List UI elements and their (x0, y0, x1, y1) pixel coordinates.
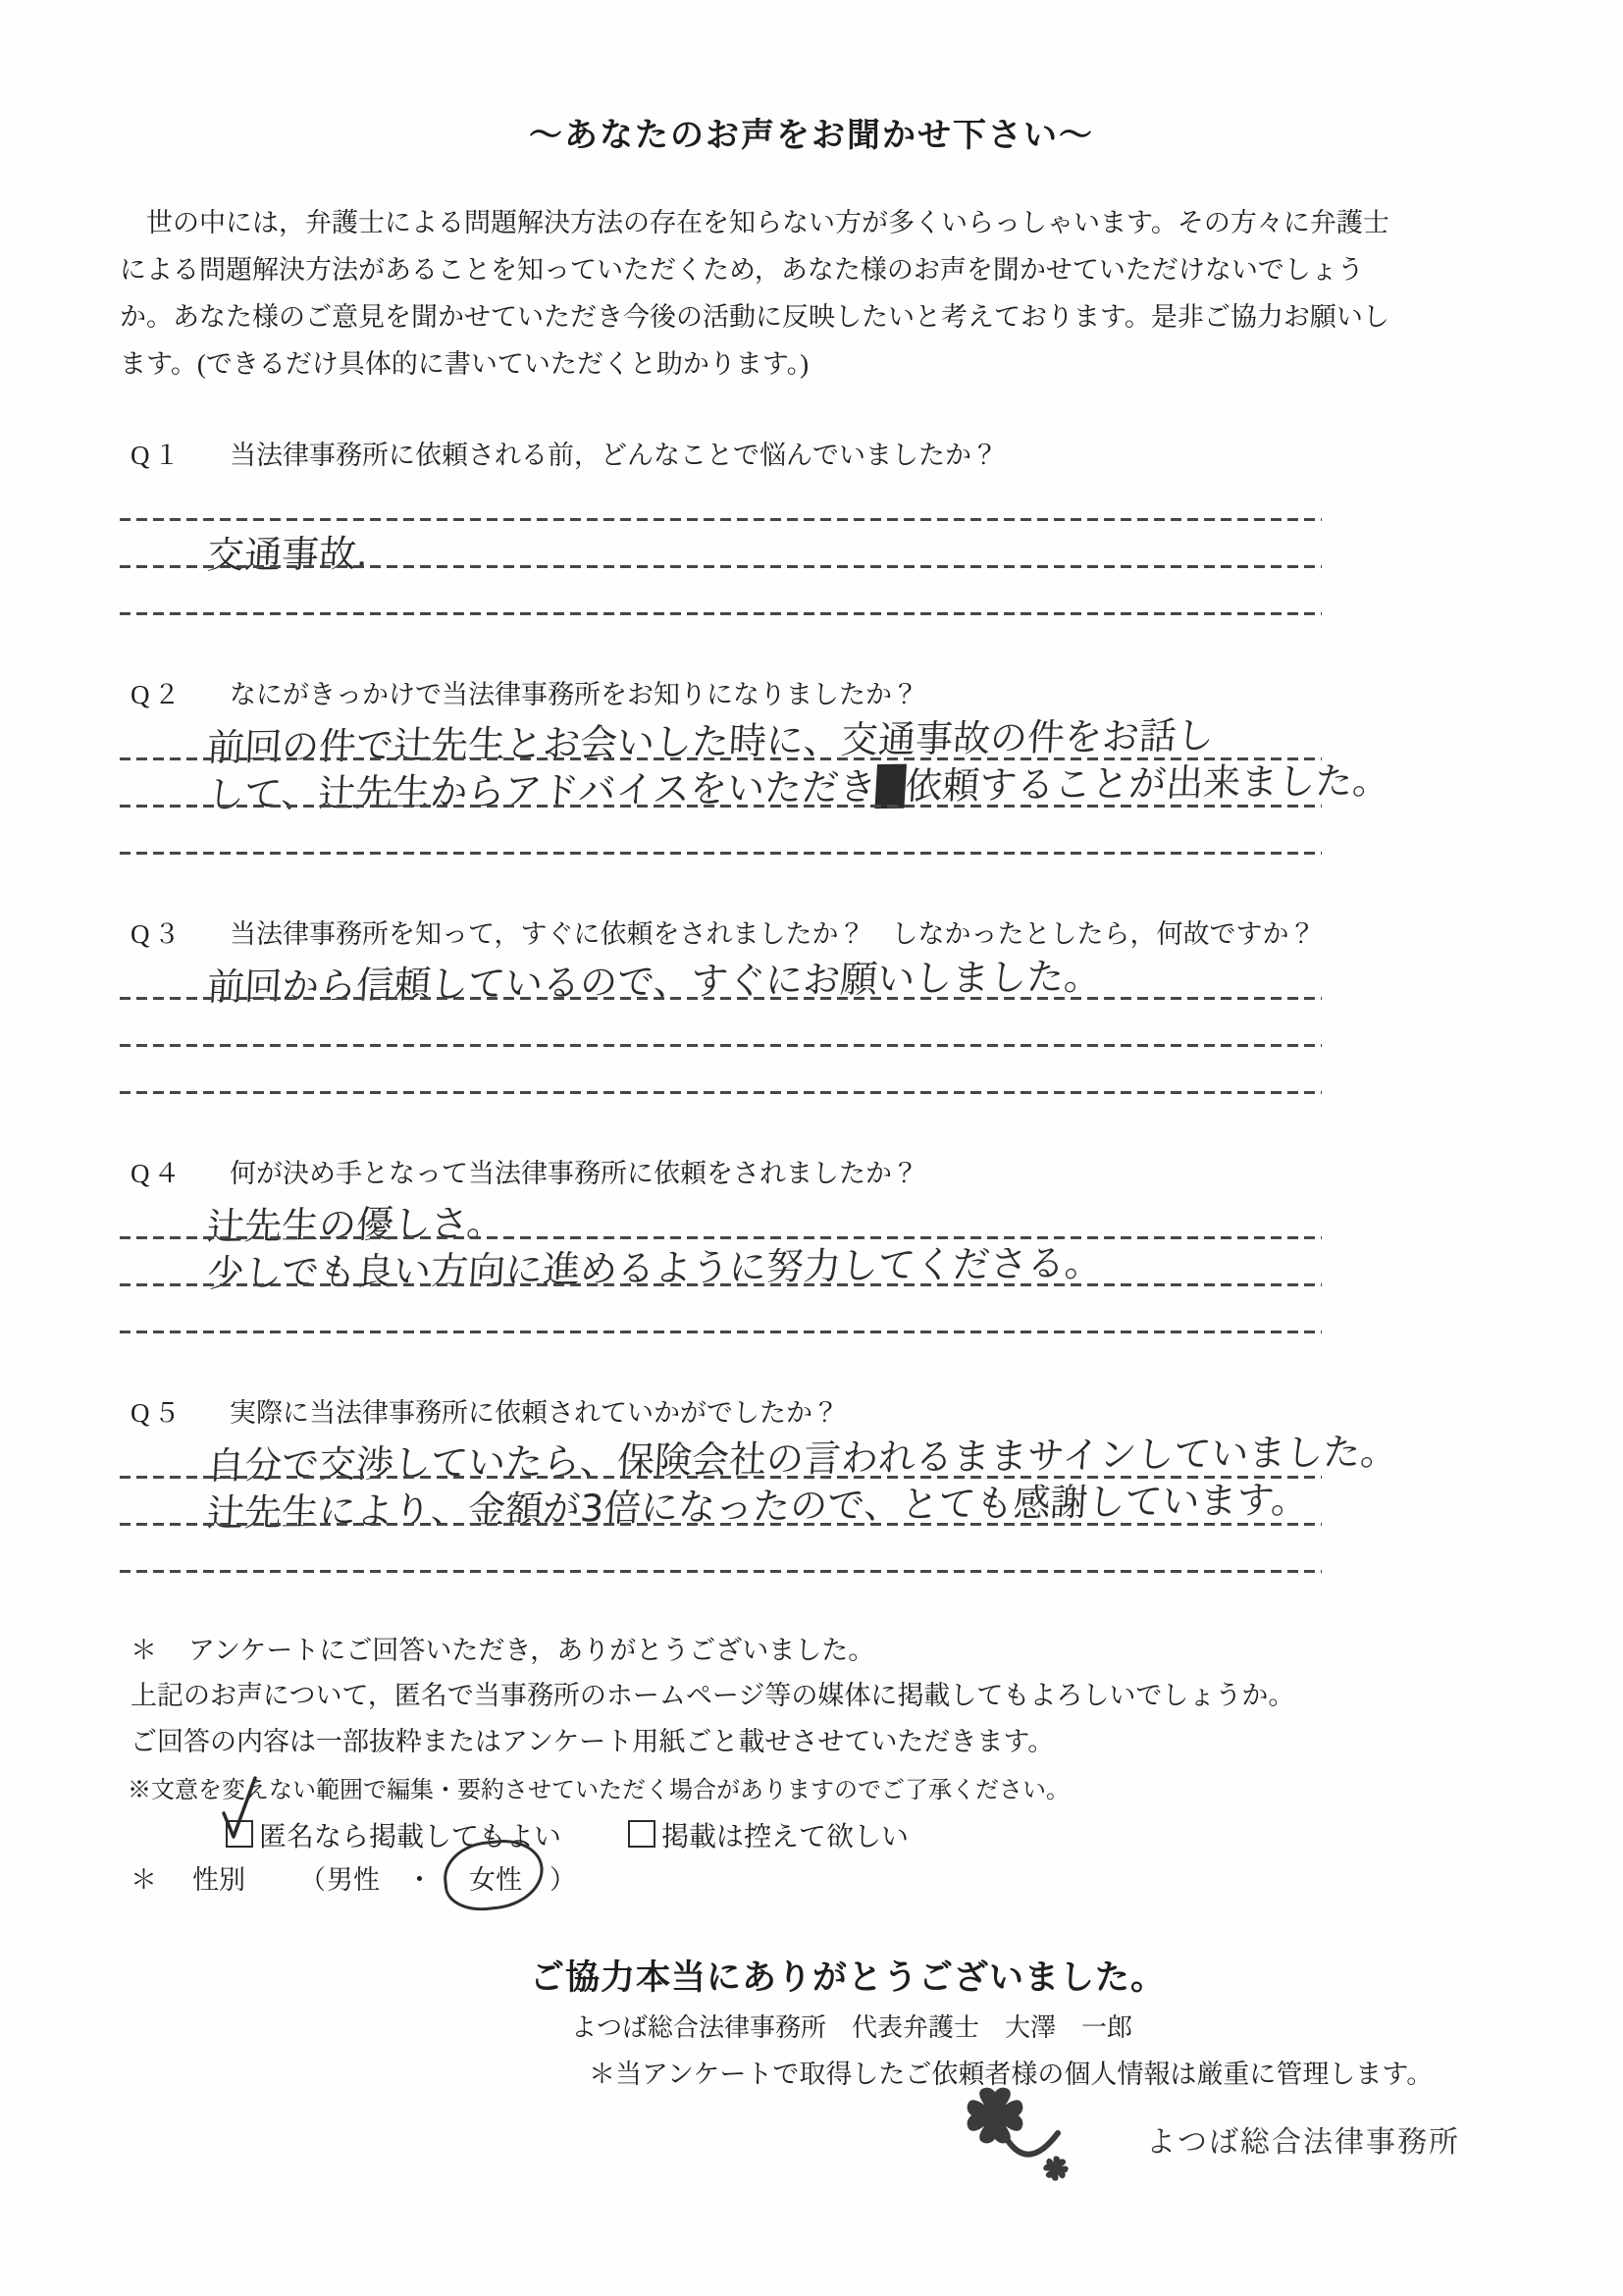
question-block: Q３当法律事務所を知って，すぐに依頼をされましたか？ しなかったとしたら，何故で… (120, 917, 1322, 1094)
handwritten-answer: 自分で交渉していたら、保険会社の言われるままサインしていました。 (206, 1433, 1398, 1485)
answer-line (120, 474, 1322, 521)
question-number: Q５ (131, 1396, 230, 1430)
answer-area: 自分で交渉していたら、保険会社の言われるままサインしていました。 辻先生により、… (120, 1432, 1322, 1573)
question-text: 何が決め手となって当法律事務所に依頼をされましたか？ (230, 1159, 918, 1188)
intro-line: 世の中には，弁護士による問題解決方法の存在を知らない方が多くいらっしゃいます。そ… (120, 199, 1517, 246)
answer-line (120, 808, 1322, 855)
answer-line: 少しでも良い方向に進めるように努力してくださる。 (120, 1239, 1322, 1286)
handwritten-answer: 前回から信頼しているので、すぐにお願いしました。 (206, 958, 1102, 1006)
gender-open-paren: （ (299, 1858, 326, 1897)
answer-area: 前回の件で辻先生とお会いした時に、交通事故の件をお話し して、辻先生からアドバイ… (120, 713, 1322, 855)
answer-line: 辻先生の優しさ。 (120, 1192, 1322, 1239)
question-number: Q４ (131, 1157, 230, 1190)
four-leaf-clover-icon (954, 2078, 1111, 2201)
big-thanks: ご協力本当にありがとうございました。 (530, 1951, 1166, 2000)
publish-option-label: 掲載は控えて欲しい (661, 1822, 909, 1852)
answer-area: 辻先生の優しさ。 少しでも良い方向に進めるように努力してくださる。 (120, 1192, 1322, 1333)
answer-line: 前回から信頼しているので、すぐにお願いしました。 (120, 953, 1322, 1000)
question-text: 当法律事務所に依頼される前，どんなことで悩んでいましたか？ (230, 441, 998, 470)
question-block: Q５実際に当法律事務所に依頼されていかがでしたか？ 自分で交渉していたら、保険会… (120, 1396, 1322, 1573)
gender-label: 性別 (192, 1858, 245, 1897)
publish-option: 掲載は控えて欲しい (628, 1815, 909, 1854)
question-number: Q１ (131, 439, 230, 472)
answer-line: して、辻先生からアドバイスをいただき█依頼することが出来ました。 (120, 760, 1322, 808)
answer-area: 前回から信頼しているので、すぐにお願いしました。 (120, 953, 1322, 1094)
ack-bullet: ＊ (131, 1629, 157, 1667)
intro-line: ます。(できるだけ具体的に書いていただくと助かります。) (120, 340, 1517, 388)
answer-area: 交通事故. (120, 474, 1322, 615)
publish-question: 上記のお声について，匿名で当事務所のホームページ等の媒体に掲載してもよろしいでし… (131, 1674, 1294, 1712)
answer-line: 辻先生により、金額が3倍になったので、とても感謝しています。 (120, 1479, 1322, 1526)
question-number: Q２ (131, 678, 230, 711)
handwritten-answer: して、辻先生からアドバイスをいただき█依頼することが出来ました。 (206, 761, 1390, 813)
gender-option-male[interactable]: 男性 (327, 1858, 380, 1897)
question-text: 実際に当法律事務所に依頼されていかがでしたか？ (230, 1398, 839, 1428)
handwritten-answer: 辻先生により、金額が3倍になったので、とても感謝しています。 (206, 1481, 1309, 1532)
page-title: ～あなたのお声をお聞かせ下さい～ (0, 108, 1623, 156)
publish-options-row: 匿名なら掲載してもよい 掲載は控えて欲しい (0, 1815, 1623, 1854)
answer-line (120, 1000, 1322, 1047)
firm-representative-line: よつば総合法律事務所 代表弁護士 大澤 一郎 (571, 2008, 1132, 2044)
question-head: Q２なにがきっかけで当法律事務所をお知りになりましたか？ (120, 678, 1322, 713)
gender-separator: ・ (406, 1858, 433, 1897)
question-head: Q１当法律事務所に依頼される前，どんなことで悩んでいましたか？ (120, 439, 1322, 474)
questions: Q１当法律事務所に依頼される前，どんなことで悩んでいましたか？ 交通事故. Q２… (120, 439, 1322, 1636)
question-head: Q５実際に当法律事務所に依頼されていかがでしたか？ (120, 1396, 1322, 1432)
answer-line: 自分で交渉していたら、保険会社の言われるままサインしていました。 (120, 1432, 1322, 1479)
handwritten-checkmark-icon (218, 1774, 263, 1843)
question-block: Q２なにがきっかけで当法律事務所をお知りになりましたか？ 前回の件で辻先生とお会… (120, 678, 1322, 855)
question-head: Q３当法律事務所を知って，すぐに依頼をされましたか？ しなかったとしたら，何故で… (120, 917, 1322, 953)
answer-line: 前回の件で辻先生とお会いした時に、交通事故の件をお話し (120, 713, 1322, 760)
question-block: Q１当法律事務所に依頼される前，どんなことで悩んでいましたか？ 交通事故. (120, 439, 1322, 615)
gender-close-paren: ） (550, 1858, 576, 1897)
edit-note: ※文意を変えない範囲で編集・要約させていただく場合がありますのでご了承ください。 (128, 1770, 1070, 1804)
publish-option-checkbox[interactable] (628, 1820, 655, 1848)
firm-logo-text: よつば総合法律事務所 (1146, 2117, 1460, 2161)
answer-line (120, 1286, 1322, 1333)
answer-line: 交通事故. (120, 521, 1322, 568)
intro-line: による問題解決方法があることを知っていただくため，あなた様のお声を聞かせていただ… (120, 246, 1517, 293)
gender-bullet: ＊ (131, 1858, 157, 1897)
ack-text: アンケートにご回答いただき，ありがとうございました。 (188, 1629, 874, 1667)
questionnaire-page: ～あなたのお声をお聞かせ下さい～ 世の中には，弁護士による問題解決方法の存在を知… (0, 0, 1623, 2296)
publish-detail: ご回答の内容は一部抜粋またはアンケート用紙ごと載せさせていただきます。 (131, 1720, 1054, 1758)
intro-paragraph: 世の中には，弁護士による問題解決方法の存在を知らない方が多くいらっしゃいます。そ… (120, 199, 1517, 388)
question-block: Q４何が決め手となって当法律事務所に依頼をされましたか？ 辻先生の優しさ。 少し… (120, 1157, 1322, 1333)
question-number: Q３ (131, 917, 230, 951)
intro-line: か。あなた様のご意見を聞かせていただき今後の活動に反映したいと考えております。是… (120, 293, 1517, 340)
answer-line (120, 1526, 1322, 1573)
question-text: なにがきっかけで当法律事務所をお知りになりましたか？ (230, 680, 918, 709)
handwritten-answer: 前回の件で辻先生とお会いした時に、交通事故の件をお話し (206, 716, 1215, 766)
question-text: 当法律事務所を知って，すぐに依頼をされましたか？ しなかったとしたら，何故ですか… (230, 919, 1315, 949)
question-head: Q４何が決め手となって当法律事務所に依頼をされましたか？ (120, 1157, 1322, 1192)
answer-line (120, 568, 1322, 615)
answer-line (120, 1047, 1322, 1094)
handwritten-answer: 少しでも良い方向に進めるように努力してくださる。 (206, 1244, 1103, 1292)
